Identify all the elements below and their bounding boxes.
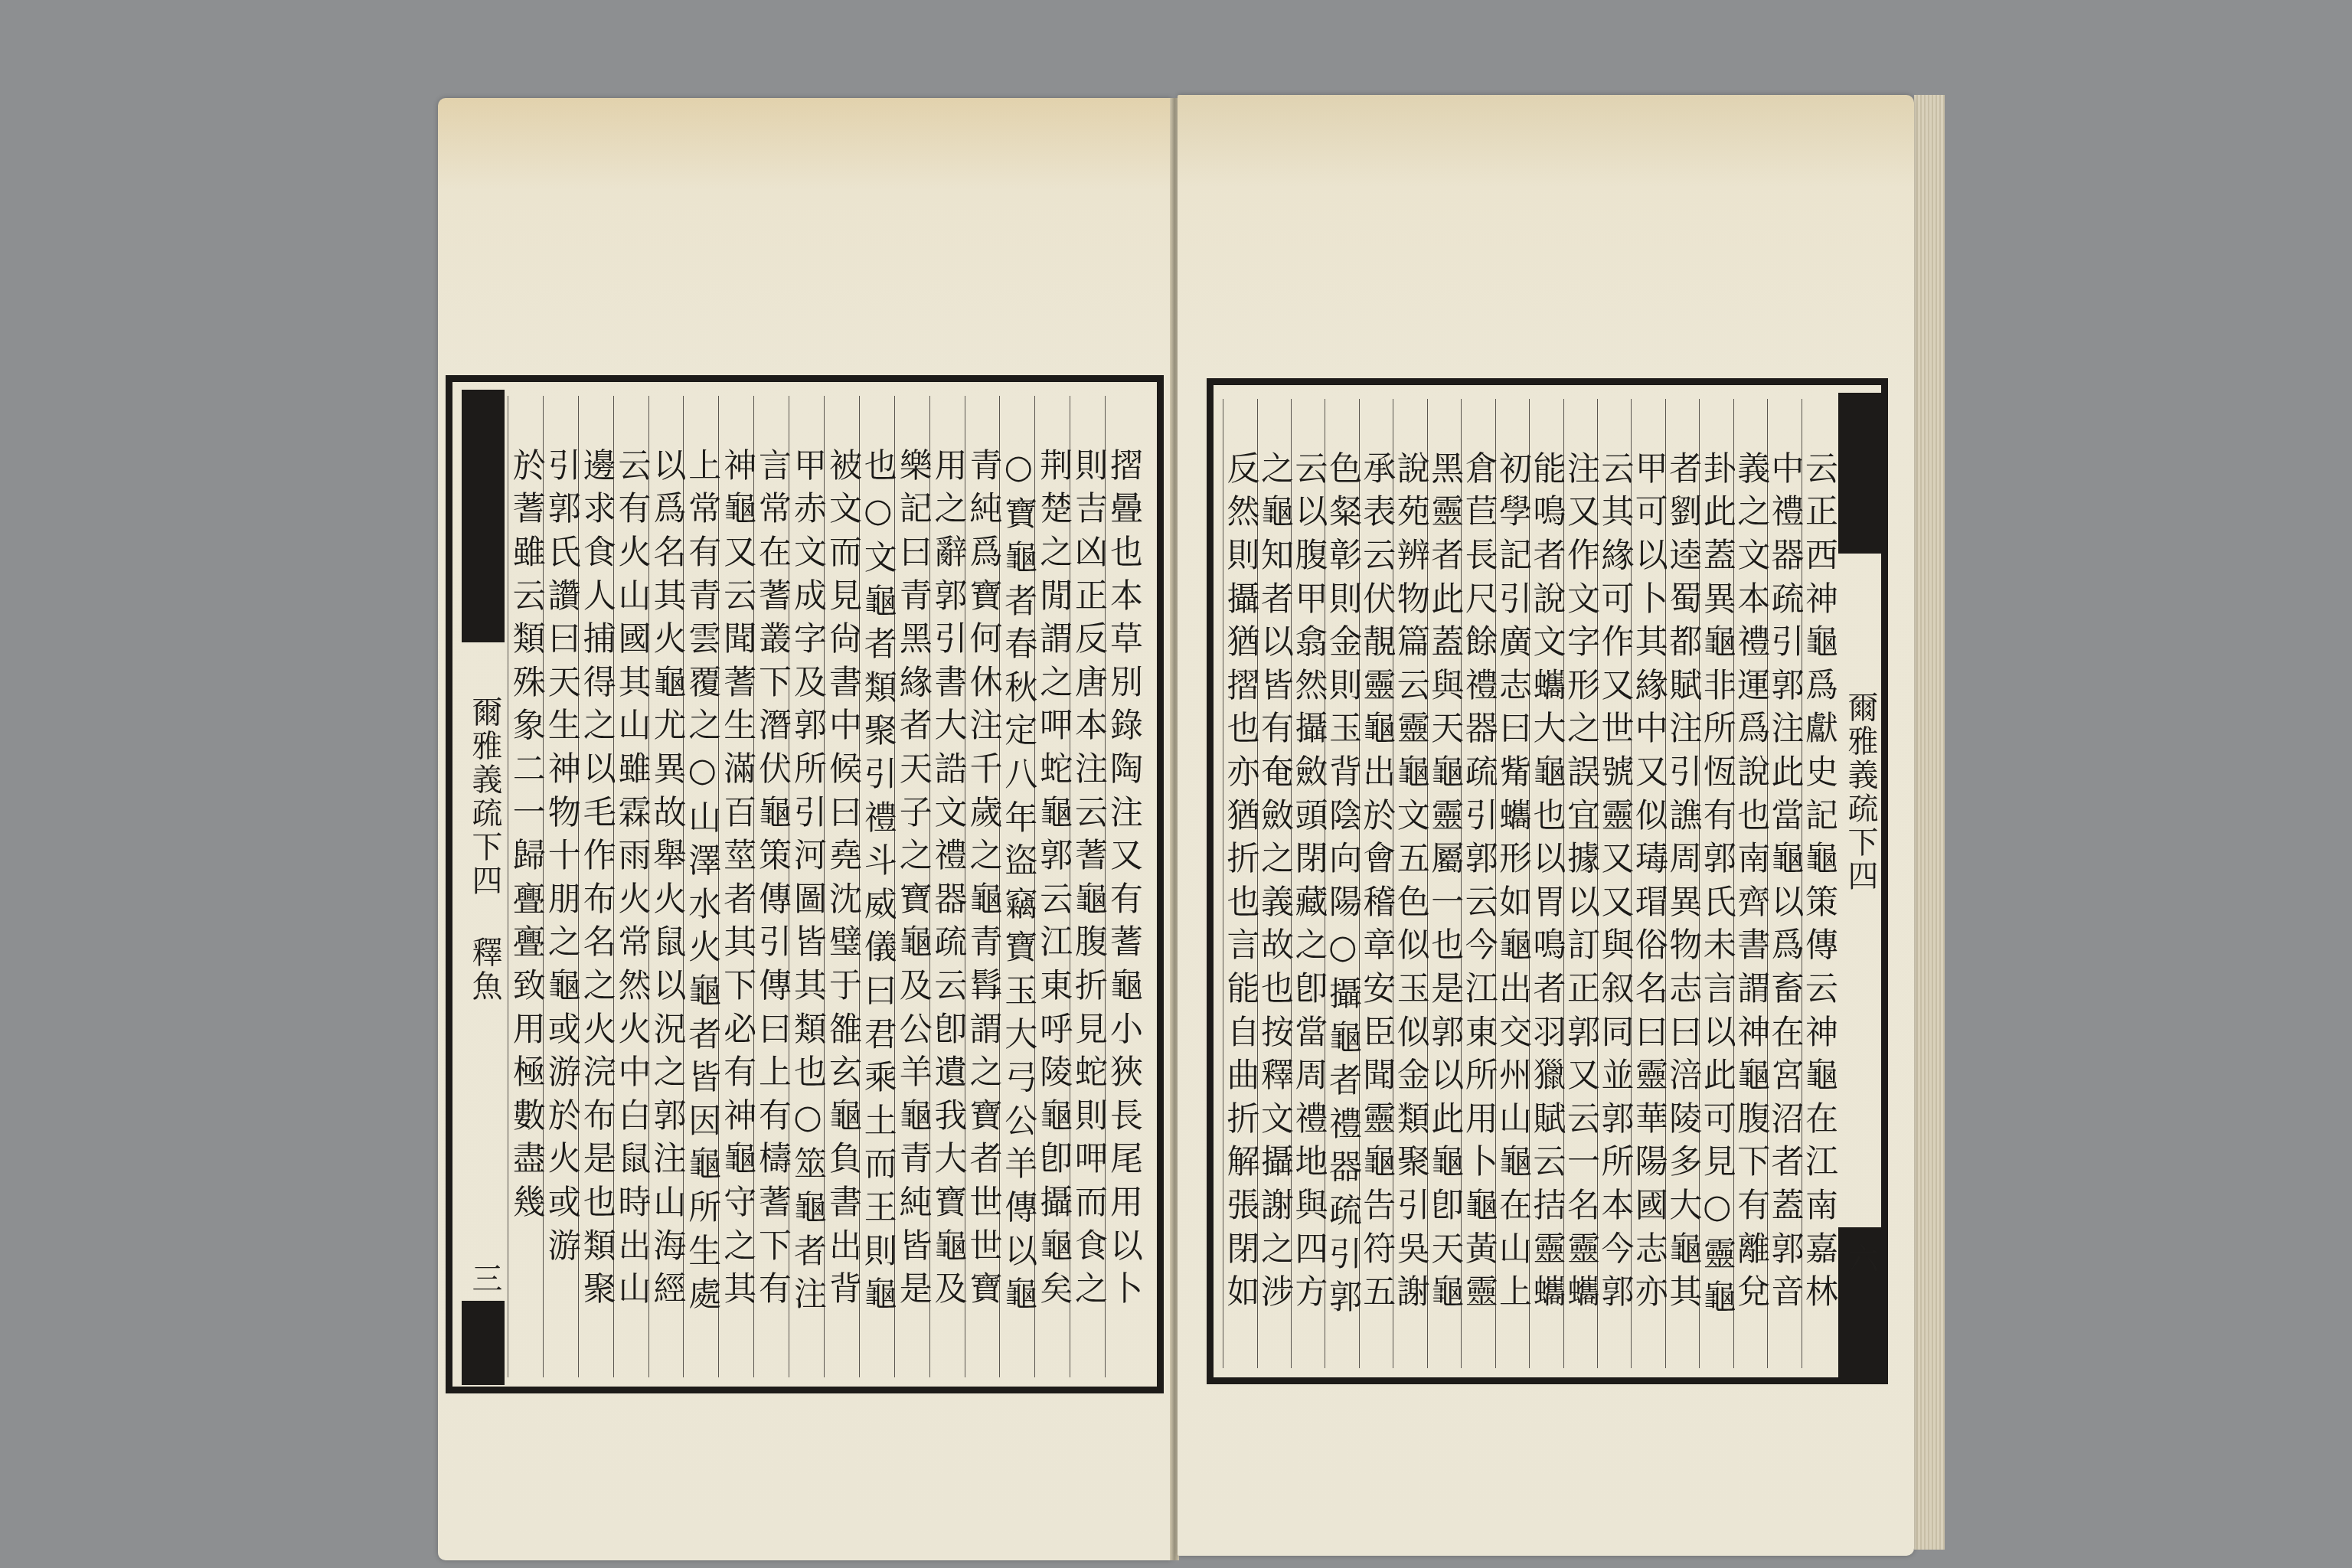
left-page-border-frame: 爾雅義疏下四 釋魚 三 摺曡也本草別錄陶注又有蓍龜小狹長尾用以卜 則吉凶正反唐本… (446, 375, 1164, 1393)
right-fishtail-top (1838, 393, 1881, 554)
text-column: 色粲彰則金則玉背陰向陽○攝龜者禮器疏引郭 (1325, 399, 1358, 1368)
text-column: 說苑辨物篇云靈龜文五色似玉似金類聚引吳謝 (1393, 399, 1426, 1368)
text-column: 倉苣長尺餘禮器疏引郭云今江東所用卜龜黃靈 (1461, 399, 1494, 1368)
text-column: 被文而見尙書中候曰堯沈璧于雒玄龜負書出背 (824, 396, 859, 1377)
text-column: 黑靈者此蓋與天龜靈屬一也是郭以此龜卽天龜 (1427, 399, 1461, 1368)
text-column: 承表云伏靚靈龜出於會稽章安臣聞靈龜告符五 (1359, 399, 1393, 1368)
text-column: 樂記曰青黑緣者天子之寶龜及公羊龜青純皆是 (894, 396, 929, 1377)
text-column: 義之文本禮運爲說也南齊書謂神龜腹下有離兌 (1733, 399, 1767, 1368)
right-page: 爾雅義疏下四 六 云正西神龜爲獻史記龜策傳云神龜在江南嘉林 中禮器疏引郭注此當龜… (1178, 95, 1914, 1556)
text-column: 摺曡也本草別錄陶注又有蓍龜小狹長尾用以卜 (1105, 396, 1140, 1377)
text-column: 云正西神龜爲獻史記龜策傳云神龜在江南嘉林 (1802, 399, 1835, 1368)
left-margin-title: 爾雅義疏下四 釋魚 (463, 696, 507, 1004)
text-column: 上常有青雲覆之○山澤水火龜者皆因龜所生處 (683, 396, 718, 1377)
text-column: 反然則攝猶摺也亦猶折也言能自曲折解張閉如 (1223, 399, 1256, 1368)
text-column: 者劉逵蜀都賦注引譙周異物志曰涪陵多大龜其 (1665, 399, 1699, 1368)
text-column: 神龜又云聞蓍生滿百莖者其下必有神龜守之其 (718, 396, 753, 1377)
text-column: 青純爲寶何休注千歲之龜青髥謂之寶者世世寶 (965, 396, 1000, 1377)
right-page-border-frame: 爾雅義疏下四 六 云正西神龜爲獻史記龜策傳云神龜在江南嘉林 中禮器疏引郭注此當龜… (1207, 378, 1888, 1384)
text-column: 之龜知者以皆有奄斂之義故也按釋文攝謝之涉 (1257, 399, 1291, 1368)
text-column: 甲赤文成字及郭所引河圖皆其類也○筮龜者注 (789, 396, 824, 1377)
right-page-number: 六 (1839, 1243, 1883, 1276)
right-text-columns: 云正西神龜爲獻史記龜策傳云神龜在江南嘉林 中禮器疏引郭注此當龜以爲畜在宮沼者蓋郭… (1223, 399, 1835, 1368)
text-column: 引郭氏讚曰天生神物十朋之龜或游於火或游 (543, 396, 578, 1377)
open-book: 爾雅義疏下四 釋魚 三 摺曡也本草別錄陶注又有蓍龜小狹長尾用以卜 則吉凶正反唐本… (0, 0, 2352, 1568)
text-column: 言常在蓍叢下潛伏龜策傳引傳曰上有檮蓍下有 (753, 396, 789, 1377)
page-edges (1914, 95, 1945, 1550)
text-column: 初學記引廣志曰觜蠵形如龜出交州山龜在山上 (1495, 399, 1529, 1368)
text-column: 邊求食人捕得之以毛作布名之火浣布是也類聚 (578, 396, 613, 1377)
text-column: 甲可以卜其緣中又似瑇瑁俗名曰靈華陽國志亦 (1631, 399, 1664, 1368)
right-margin-title: 爾雅義疏下四 (1839, 691, 1883, 893)
text-column: 能鳴者說文蠵大龜也以胃鳴者羽獵賦云拮靈蠵 (1529, 399, 1563, 1368)
text-column: 荆楚之閒謂之呷蛇龜郭云江東呼陵龜卽攝龜矣 (1034, 396, 1070, 1377)
text-column: 則吉凶正反唐本注云蓍龜腹折見蛇則呷而食之 (1070, 396, 1105, 1377)
text-column: 用之辭郭引書大誥文禮器疏云卽遺我大寶龜及 (929, 396, 965, 1377)
left-page-number: 三 (463, 1263, 507, 1296)
text-column: 卦此蓋異龜非所恆有郭氏未言以此可見○靈龜 (1699, 399, 1733, 1368)
left-page: 爾雅義疏下四 釋魚 三 摺曡也本草別錄陶注又有蓍龜小狹長尾用以卜 則吉凶正反唐本… (438, 98, 1171, 1560)
text-column: 云其緣可作又世號靈又又與叙同並郭所本今郭 (1597, 399, 1631, 1368)
left-text-columns: 摺曡也本草別錄陶注又有蓍龜小狹長尾用以卜 則吉凶正反唐本注云蓍龜腹折見蛇則呷而食… (508, 396, 1140, 1377)
text-column: 也○文龜者類聚引禮斗威儀曰君乘土而王則龜 (859, 396, 894, 1377)
text-column: 云以腹甲翕然攝斂頭閉藏之卽當周禮地與四方 (1291, 399, 1325, 1368)
left-fishtail-bottom (462, 1301, 505, 1385)
text-column: 云有火山國其山雖霖雨火常然火中白鼠時出山 (613, 396, 648, 1377)
text-column: 以爲名其火龜尤異故舉火鼠以況之郭注山海經 (648, 396, 684, 1377)
text-column: 注又作文字形之誤宜據以訂正郭又云一名靈蠵 (1563, 399, 1597, 1368)
text-column: 於蓍雖云類殊象二一歸亹亹致用極數盡幾 (508, 396, 543, 1377)
text-column: ○寶龜者春秋定八年盜竊寶玉大弓公羊傳以龜 (999, 396, 1034, 1377)
left-fishtail-top (462, 390, 505, 642)
text-column: 中禮器疏引郭注此當龜以爲畜在宮沼者蓋郭音 (1767, 399, 1801, 1368)
